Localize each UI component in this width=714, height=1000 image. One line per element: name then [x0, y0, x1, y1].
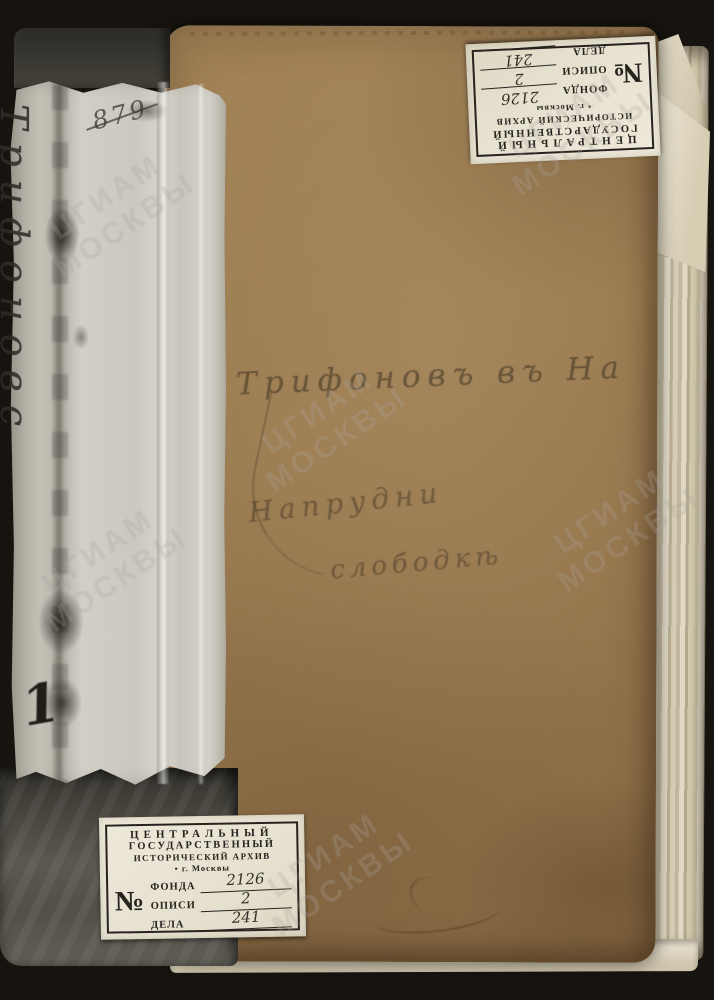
- archival-file-cover-photo: Трифоновъ въ На Напрудни слободкѣ Трифон…: [0, 0, 714, 1000]
- opis-label: ОПИСИ: [556, 63, 606, 76]
- number-sign: №: [114, 886, 144, 919]
- label-fields: № ФОНДА 2126 ОПИСИ 2 ДЕЛА 241: [114, 871, 292, 931]
- delo-row: ДЕЛА 241: [151, 909, 292, 930]
- label-fields: № ФОНДА 2126 ОПИСИ 2 ДЕЛА 241: [480, 42, 644, 106]
- label-rows: ФОНДА 2126 ОПИСИ 2 ДЕЛА 241: [480, 44, 608, 107]
- label-border: ЦЕНТРАЛЬНЫЙ ГОСУДАРСТВЕННЫЙ ИСТОРИЧЕСКИЙ…: [105, 821, 300, 933]
- delo-label: ДЕЛА: [151, 919, 201, 931]
- label-rows: ФОНДА 2126 ОПИСИ 2 ДЕЛА 241: [150, 871, 292, 930]
- spine-handwritten-title: Трифоновс: [0, 104, 36, 439]
- label-border: ЦЕНТРАЛЬНЫЙ ГОСУДАРСТВЕННЫЙ ИСТОРИЧЕСКИЙ…: [472, 42, 655, 157]
- fond-label: ФОНДА: [557, 82, 607, 95]
- archive-name: ЦЕНТРАЛЬНЫЙ ГОСУДАРСТВЕННЫЙ ИСТОРИЧЕСКИЙ…: [113, 826, 291, 874]
- strip-fold-ridge: [157, 82, 169, 784]
- delo-value: 241: [200, 907, 292, 931]
- strip-crease: [199, 84, 203, 784]
- archive-label-bottom: ЦЕНТРАЛЬНЫЙ ГОСУДАРСТВЕННЫЙ ИСТОРИЧЕСКИЙ…: [99, 814, 306, 940]
- number-sign: №: [612, 56, 643, 89]
- fond-label: ФОНДА: [150, 881, 200, 893]
- delo-label: ДЕЛА: [555, 44, 605, 57]
- opis-label: ОПИСИ: [151, 900, 201, 912]
- ink-stain: [28, 576, 94, 668]
- spine-cloth-top: [14, 28, 170, 88]
- archive-label-top: ЦЕНТРАЛЬНЫЙ ГОСУДАРСТВЕННЫЙ ИСТОРИЧЕСКИЙ…: [465, 36, 660, 164]
- ink-stain: [38, 196, 86, 274]
- ink-stain: [70, 320, 92, 354]
